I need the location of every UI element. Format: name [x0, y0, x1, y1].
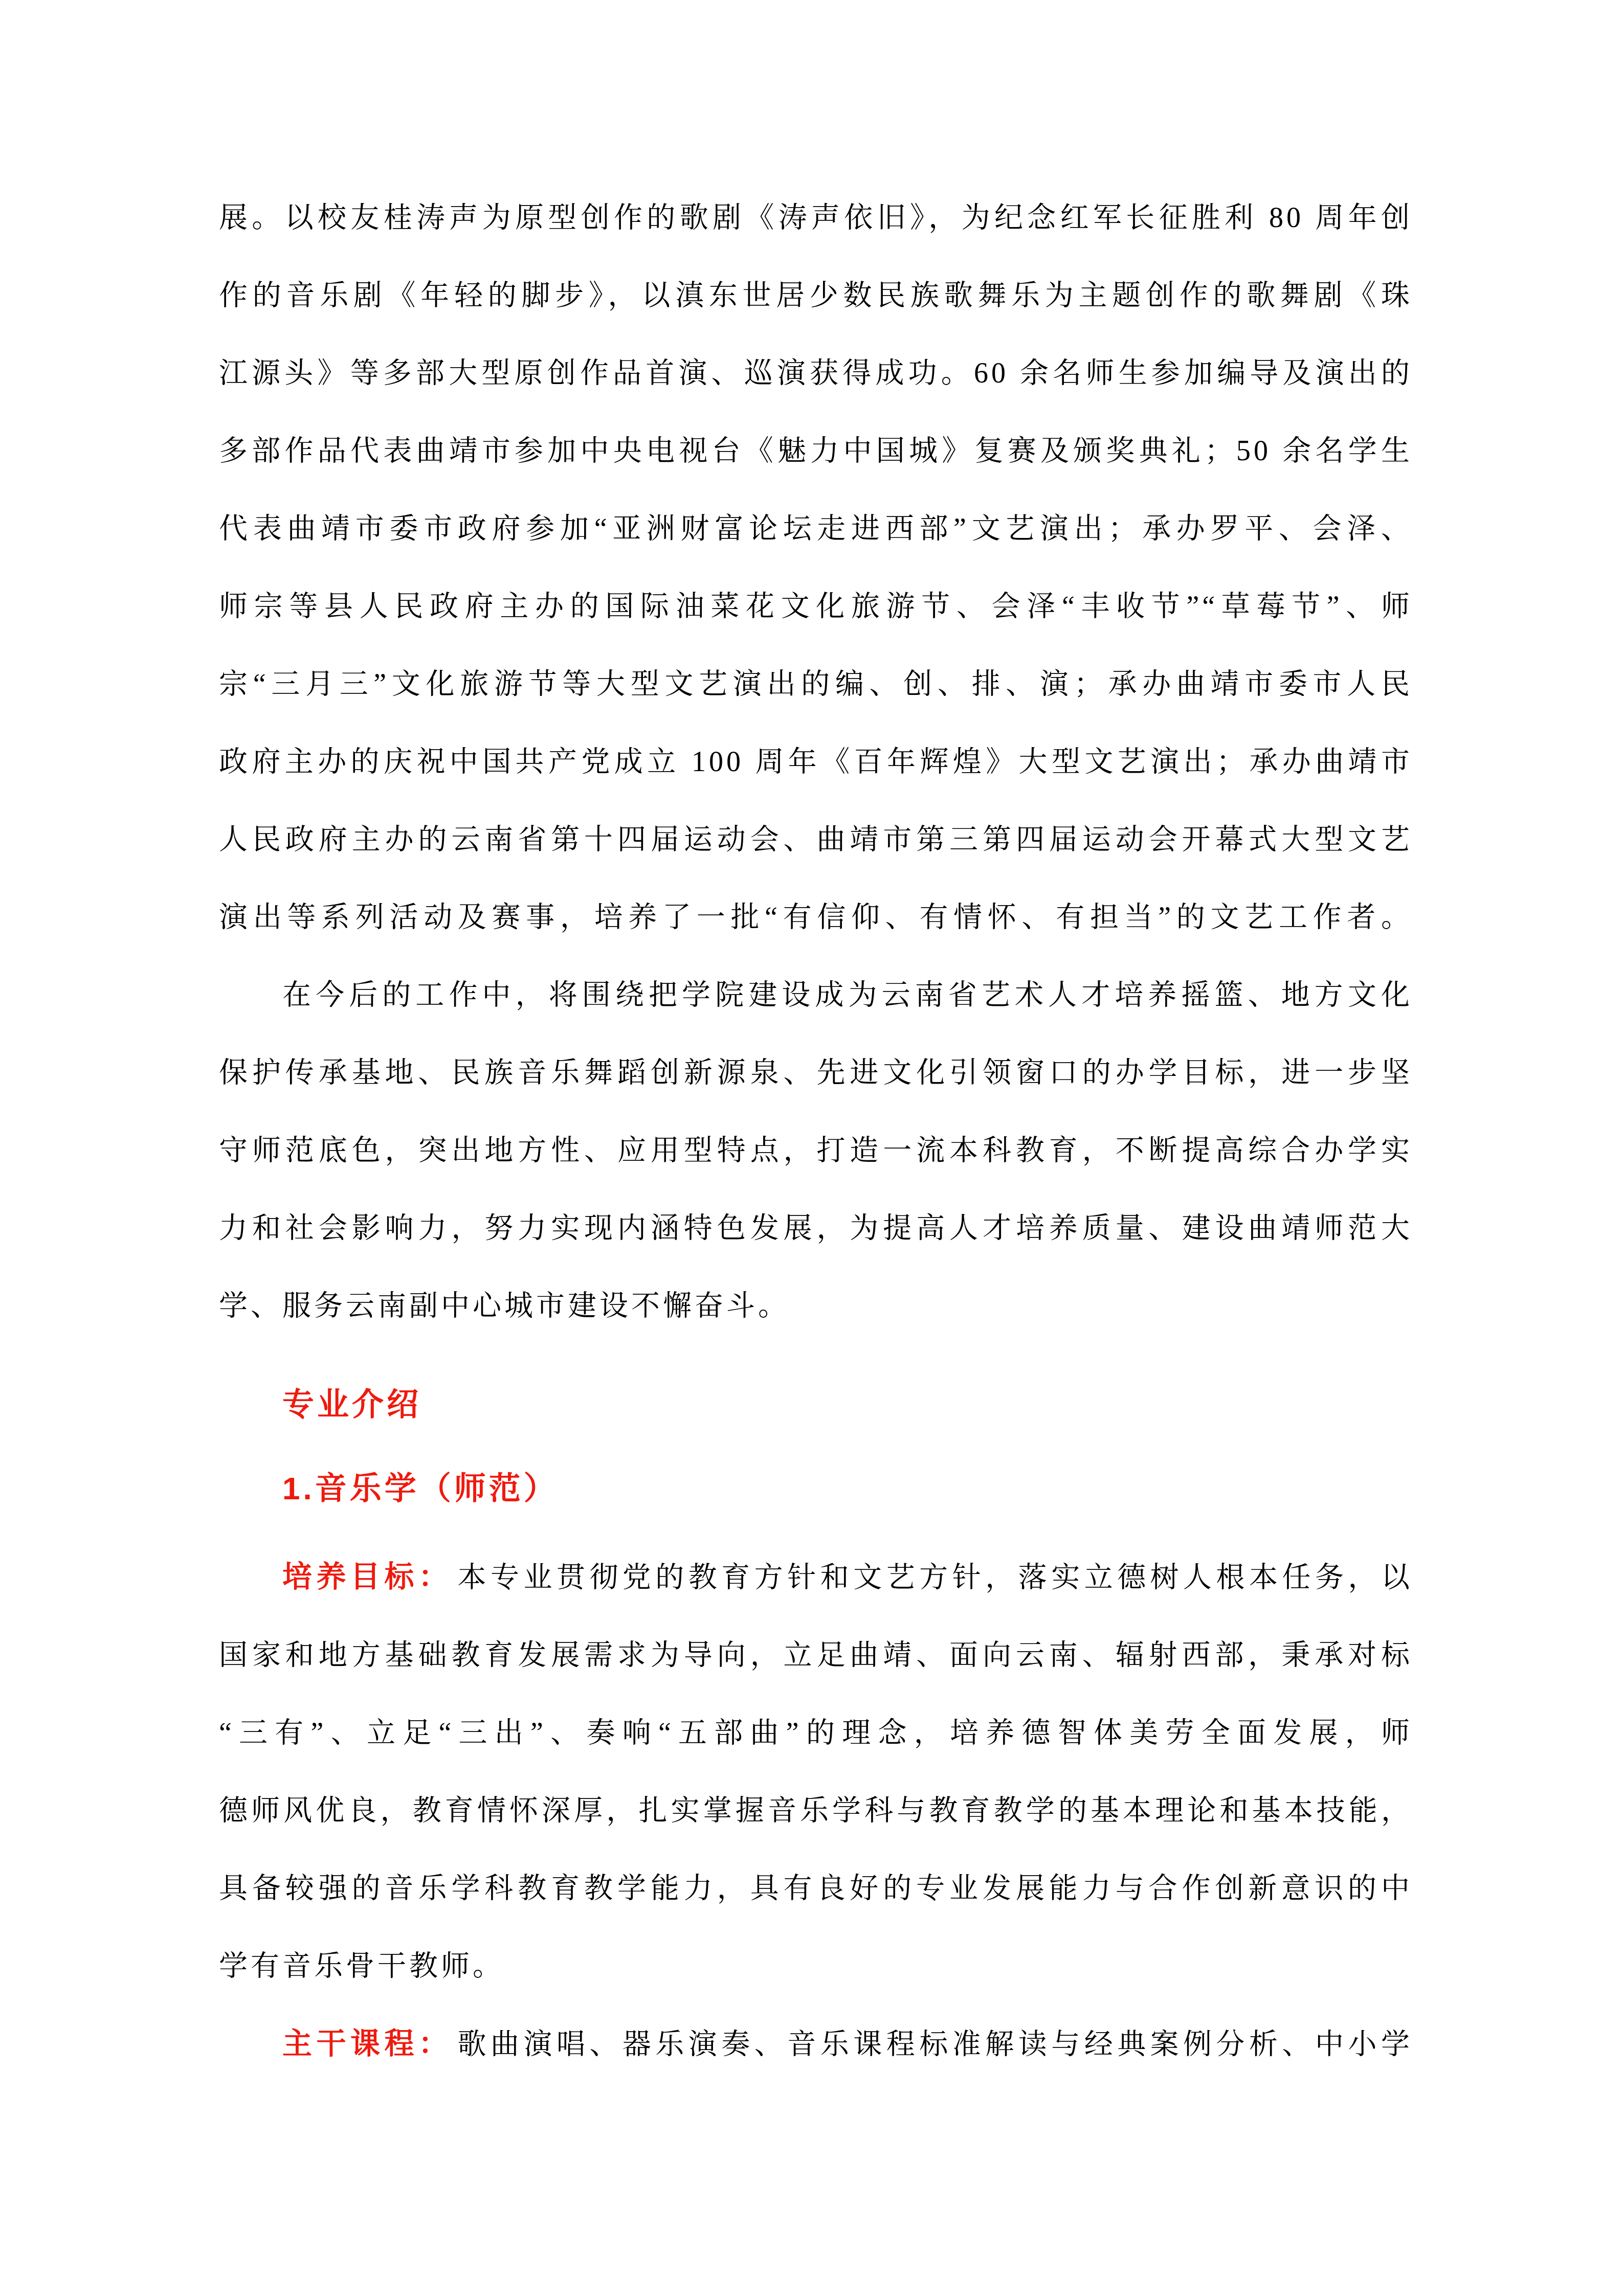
text-line: 保护传承基地、民族音乐舞蹈创新源泉、先进文化引领窗口的办学目标，进一步坚 — [219, 1034, 1413, 1112]
text-line: 德师风优良，教育情怀深厚，扎实掌握音乐学科与教育教学的基本理论和基本技能， — [219, 1772, 1413, 1850]
paragraph-future-plans: 在今后的工作中，将围绕把学院建设成为云南省艺术人才培养摇篮、地方文化 保护传承基… — [219, 956, 1413, 1345]
text-line: 守师范底色，突出地方性、应用型特点，打造一流本科教育，不断提高综合办学实 — [219, 1112, 1413, 1189]
text-line: 江源头》等多部大型原创作品首演、巡演获得成功。60 余名师生参加编导及演出的 — [219, 334, 1413, 412]
text-line: “三有”、立足“三出”、奏响“五部曲”的理念，培养德智体美劳全面发展，师 — [219, 1694, 1413, 1772]
text-line: 师宗等县人民政府主办的国际油菜花文化旅游节、会泽“丰收节”“草莓节”、师 — [219, 568, 1413, 645]
label-core-courses: 主干课程： — [282, 2027, 452, 2060]
text-line: 宗“三月三”文化旅游节等大型文艺演出的编、创、排、演；承办曲靖市委市人民 — [219, 645, 1413, 723]
text-line: 培养目标：本专业贯彻党的教育方针和文艺方针，落实立德树人根本任务，以 — [219, 1538, 1413, 1616]
paragraph-core-courses: 主干课程：歌曲演唱、器乐演奏、音乐课程标准解读与经典案例分析、中小学 — [219, 2005, 1413, 2083]
text-line: 主干课程：歌曲演唱、器乐演奏、音乐课程标准解读与经典案例分析、中小学 — [219, 2005, 1413, 2083]
text-line: 代表曲靖市委市政府参加“亚洲财富论坛走进西部”文艺演出；承办罗平、会泽、 — [219, 490, 1413, 568]
text-line: 多部作品代表曲靖市参加中央电视台《魅力中国城》复赛及颁奖典礼；50 余名学生 — [219, 412, 1413, 490]
paragraph-achievements: 展。以校友桂涛声为原型创作的歌剧《涛声依旧》，为纪念红军长征胜利 80 周年创 … — [219, 179, 1413, 956]
text-line: 政府主办的庆祝中国共产党成立 100 周年《百年辉煌》大型文艺演出；承办曲靖市 — [219, 723, 1413, 801]
text-line: 国家和地方基础教育发展需求为导向，立足曲靖、面向云南、辐射西部，秉承对标 — [219, 1616, 1413, 1694]
text-span: 本专业贯彻党的教育方针和文艺方针，落实立德树人根本任务，以 — [457, 1562, 1413, 1593]
text-line: 人民政府主办的云南省第十四届运动会、曲靖市第三第四届运动会开幕式大型文艺 — [219, 801, 1413, 879]
text-line: 展。以校友桂涛声为原型创作的歌剧《涛声依旧》，为纪念红军长征胜利 80 周年创 — [219, 179, 1413, 257]
section-heading-majors-intro: 专业介绍 — [219, 1366, 1413, 1444]
text-span: 歌曲演唱、器乐演奏、音乐课程标准解读与经典案例分析、中小学 — [457, 2029, 1413, 2060]
text-line: 力和社会影响力，努力实现内涵特色发展，为提高人才培养质量、建设曲靖师范大 — [219, 1189, 1413, 1267]
text-line: 演出等系列活动及赛事，培养了一批“有信仰、有情怀、有担当”的文艺工作者。 — [219, 879, 1413, 956]
text-line: 具备较强的音乐学科教育教学能力，具有良好的专业发展能力与合作创新意识的中 — [219, 1850, 1413, 1927]
label-training-objective: 培养目标： — [282, 1560, 452, 1593]
text-line: 作的音乐剧《年轻的脚步》，以滇东世居少数民族歌舞乐为主题创作的歌舞剧《珠 — [219, 257, 1413, 334]
text-line: 学、服务云南副中心城市建设不懈奋斗。 — [219, 1267, 1413, 1345]
text-line: 学有音乐骨干教师。 — [219, 1927, 1413, 2005]
document-page: 展。以校友桂涛声为原型创作的歌剧《涛声依旧》，为纪念红军长征胜利 80 周年创 … — [0, 0, 1624, 2296]
paragraph-training-objective: 培养目标：本专业贯彻党的教育方针和文艺方针，落实立德树人根本任务，以 国家和地方… — [219, 1538, 1413, 2005]
text-line: 在今后的工作中，将围绕把学院建设成为云南省艺术人才培养摇篮、地方文化 — [219, 956, 1413, 1034]
document-content: 展。以校友桂涛声为原型创作的歌剧《涛声依旧》，为纪念红军长征胜利 80 周年创 … — [0, 0, 1624, 2083]
program-heading-musicology: 1.音乐学（师范） — [219, 1450, 1413, 1528]
